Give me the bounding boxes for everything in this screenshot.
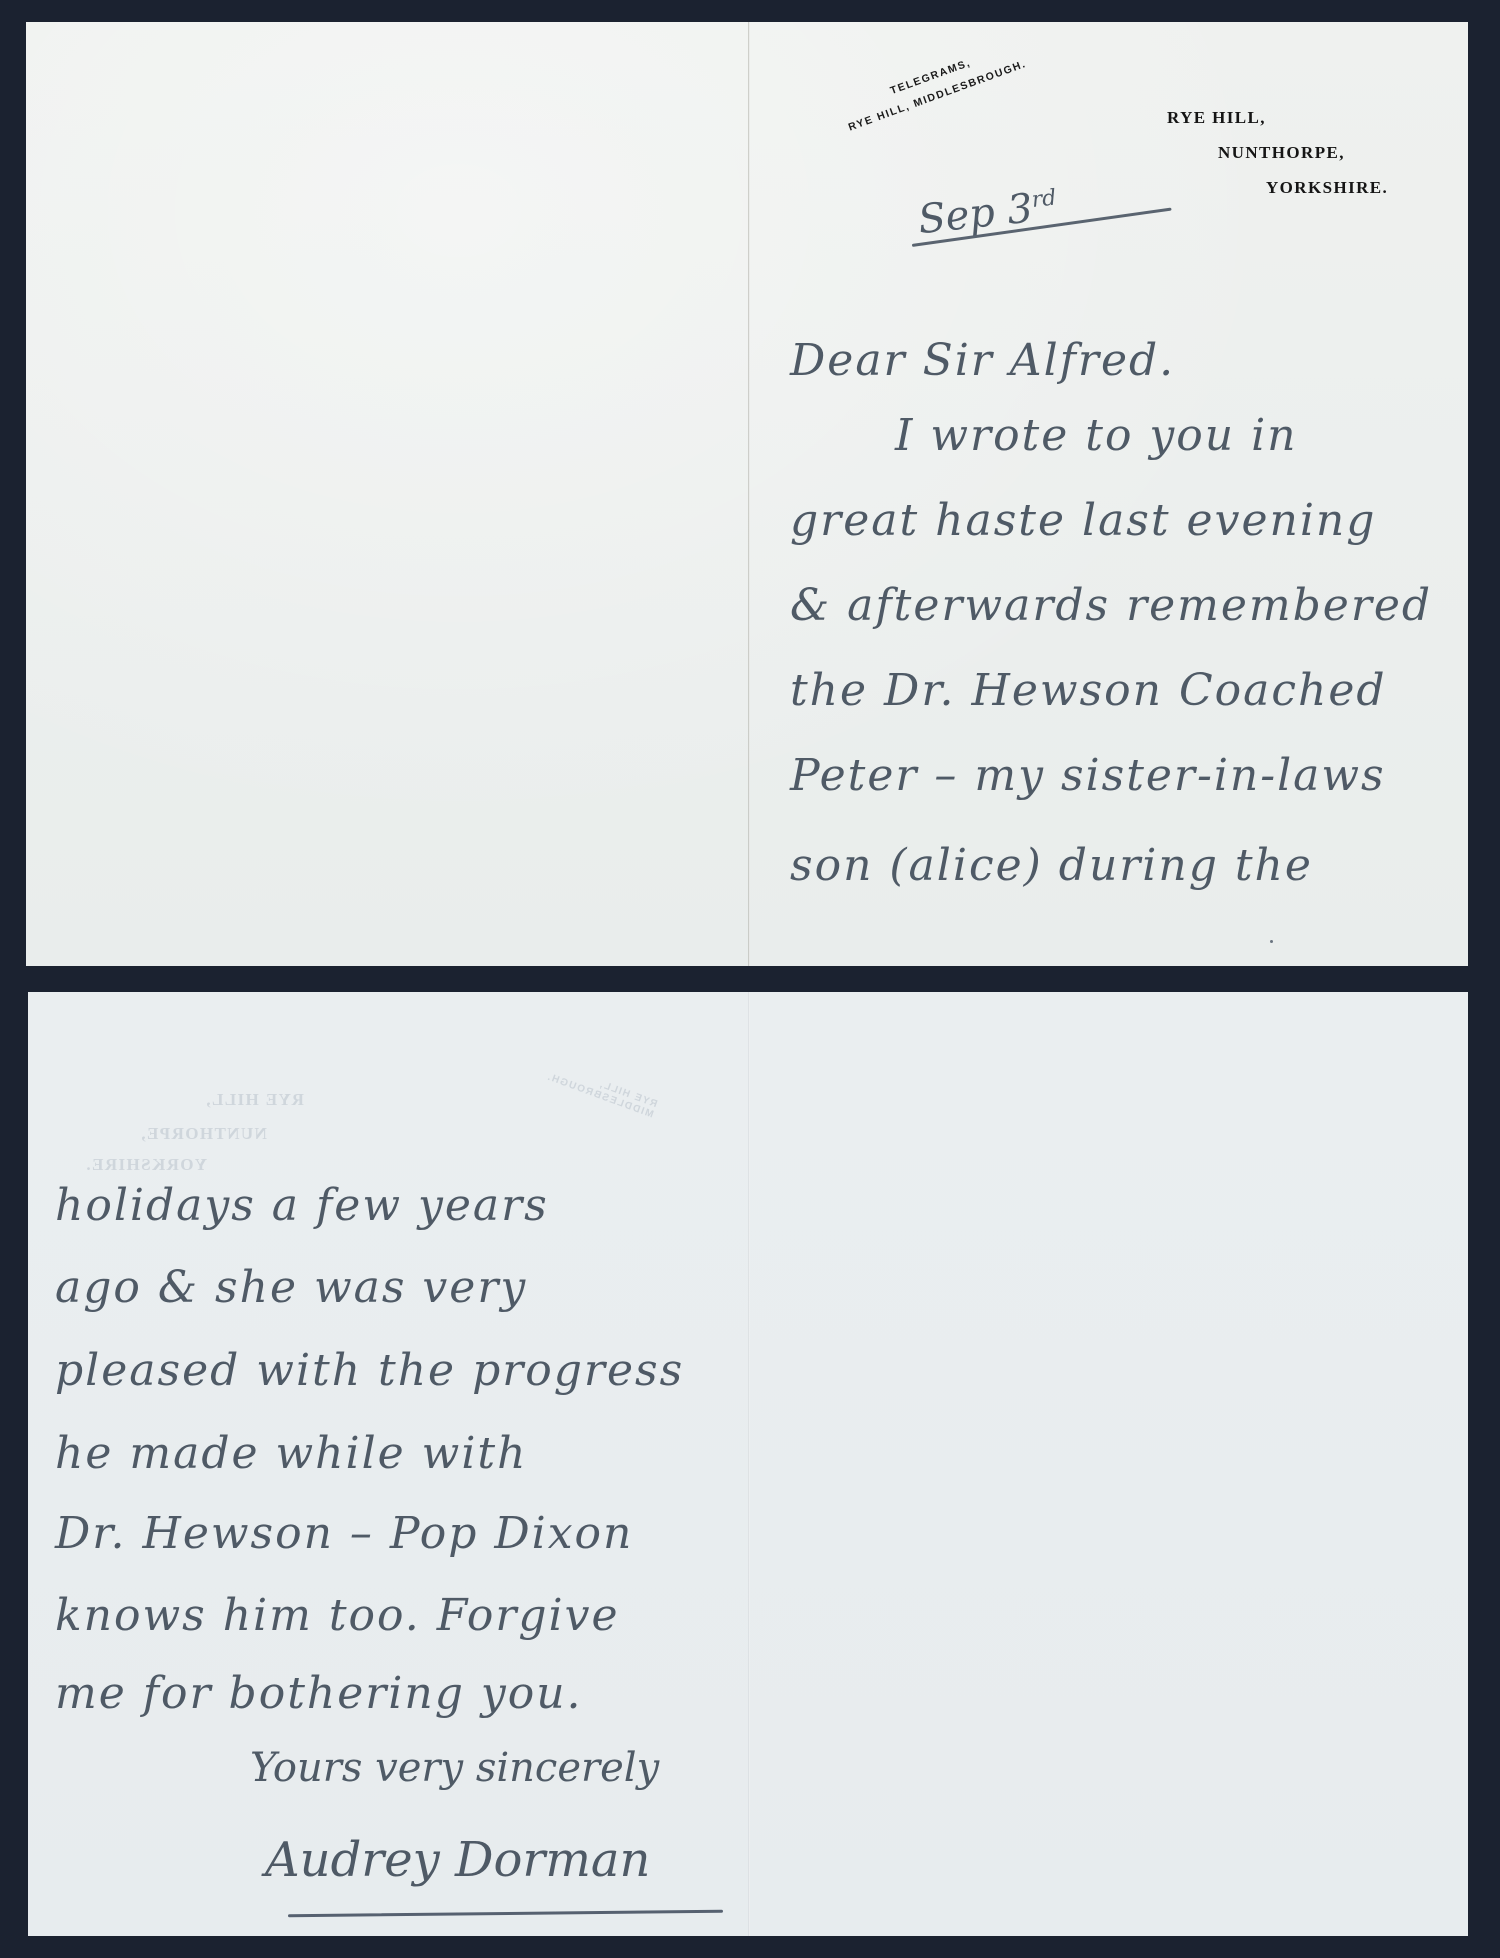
letter-line: he made while with [55, 1428, 527, 1479]
letter-line: son (alice) during the [790, 840, 1313, 891]
letter-closing: Yours very sincerely [250, 1745, 659, 1791]
letter-line: Dear Sir Alfred. [790, 335, 1175, 386]
page-fold [748, 22, 750, 966]
letterhead-address-line-3: YORKSHIRE. [1266, 178, 1388, 198]
ink-dot [1270, 940, 1273, 943]
letterhead-address-line-2: NUNTHORPE, [1218, 143, 1345, 163]
letter-sheet-front [26, 22, 1468, 966]
embossed-ghost-line-2: NUNTHORPE, [140, 1124, 267, 1144]
embossed-ghost-line-1: RYE HILL, [205, 1090, 304, 1110]
page-fold [748, 992, 750, 1936]
letter-line: holidays a few years [55, 1180, 549, 1231]
letter-line: I wrote to you in [895, 410, 1298, 461]
letter-line: the Dr. Hewson Coached [790, 665, 1387, 716]
letter-line: me for bothering you. [55, 1668, 583, 1719]
letter-line: knows him too. Forgive [55, 1590, 619, 1641]
letter-line: Dr. Hewson – Pop Dixon [55, 1508, 633, 1559]
letter-line: ago & she was very [55, 1262, 527, 1313]
embossed-ghost-line-3: YORKSHIRE. [85, 1155, 207, 1175]
letter-line: great haste last evening [790, 495, 1376, 546]
letter-line: pleased with the progress [55, 1345, 684, 1396]
signature: Audrey Dorman [265, 1832, 650, 1888]
letterhead-address-line-1: RYE HILL, [1167, 108, 1266, 128]
date-suffix: rd [1030, 185, 1057, 212]
letter-line: & afterwards remembered [790, 580, 1432, 631]
letter-line: Peter – my sister-in-laws [790, 750, 1386, 801]
